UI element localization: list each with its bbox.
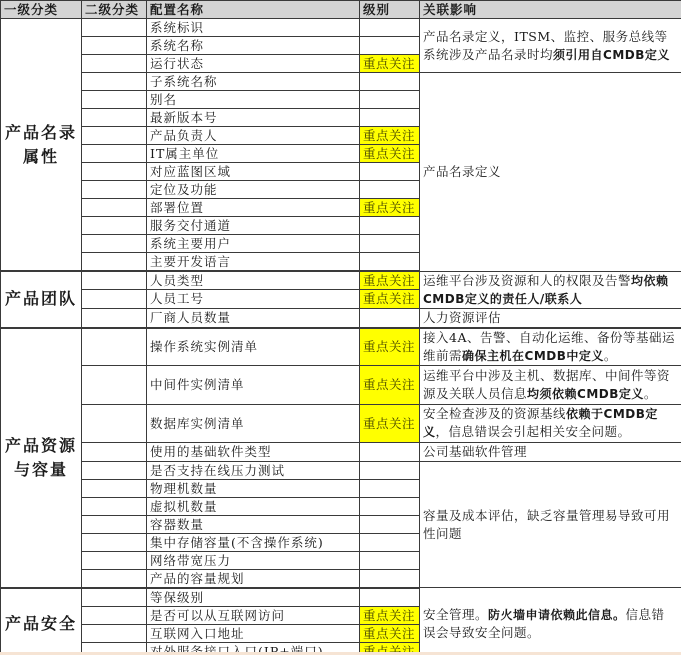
level-badge-key-focus: 重点关注: [360, 624, 420, 642]
level-badge-key-focus: 重点关注: [360, 55, 420, 73]
level-cell: [360, 533, 420, 551]
impact-emphasis-text: 确保主机在CMDB中定义: [462, 349, 604, 363]
impact-tail-text: 。: [644, 386, 657, 401]
header-level1-category: 一级分类: [1, 1, 82, 19]
config-name-cell: 部署位置: [147, 199, 360, 217]
config-name-cell: 别名: [147, 91, 360, 109]
config-name-cell: 网络带宽压力: [147, 551, 360, 569]
table-row: 产品团队人员类型重点关注运维平台涉及资源和人的权限及告警均依赖CMDB定义的责任…: [1, 271, 681, 290]
level-badge-key-focus: 重点关注: [360, 366, 420, 404]
level-cell: [360, 497, 420, 515]
subcategory-cell: [82, 181, 147, 199]
subcategory-cell: [82, 271, 147, 290]
subcategory-cell: [82, 624, 147, 642]
subcategory-cell: [82, 145, 147, 163]
level-cell: [360, 163, 420, 181]
config-name-cell: 人员工号: [147, 290, 360, 308]
table-row: 产品名录属性系统标识产品名录定义，ITSM、监控、服务总线等系统涉及产品名录时均…: [1, 19, 681, 37]
level-cell: [360, 235, 420, 253]
header-row: 一级分类 二级分类 配置名称 级别 关联影响: [1, 1, 681, 19]
config-name-cell: IT属主单位: [147, 145, 360, 163]
subcategory-cell: [82, 290, 147, 308]
subcategory-cell: [82, 404, 147, 442]
level-badge-key-focus: 重点关注: [360, 328, 420, 366]
level-cell: [360, 253, 420, 272]
level-cell: [360, 217, 420, 235]
impact-cell: 运维平台涉及资源和人的权限及告警均依赖CMDB定义的责任人/联系人: [420, 271, 681, 308]
impact-cell: 容量及成本评估，缺乏容量管理易导致可用性问题: [420, 461, 681, 588]
subcategory-cell: [82, 551, 147, 569]
impact-emphasis-text: 须引用自CMDB定义: [553, 48, 670, 62]
impact-tail-text: 。: [604, 348, 617, 363]
level-cell: [360, 308, 420, 328]
table-row: 中间件实例清单重点关注运维平台中涉及主机、数据库、中间件等资源及关联人员信息均须…: [1, 366, 681, 404]
config-name-cell: 运行状态: [147, 55, 360, 73]
subcategory-cell: [82, 19, 147, 37]
config-name-cell: 是否支持在线压力测试: [147, 461, 360, 479]
level-cell: [360, 569, 420, 588]
impact-cell: 安全检查涉及的资源基线依赖于CMDB定义，信息错误会引起相关安全问题。: [420, 404, 681, 442]
config-name-cell: 容器数量: [147, 515, 360, 533]
impact-cell: 人力资源评估: [420, 308, 681, 328]
table-row: 数据库实例清单重点关注安全检查涉及的资源基线依赖于CMDB定义，信息错误会引起相…: [1, 404, 681, 442]
config-name-cell: 系统名称: [147, 37, 360, 55]
level-badge-key-focus: 重点关注: [360, 271, 420, 290]
level-cell: [360, 461, 420, 479]
level-cell: [360, 91, 420, 109]
subcategory-cell: [82, 569, 147, 588]
subcategory-cell: [82, 73, 147, 91]
impact-text: 安全检查涉及的资源基线: [423, 406, 566, 421]
config-name-cell: 产品负责人: [147, 127, 360, 145]
impact-cell: 产品名录定义，ITSM、监控、服务总线等系统涉及产品名录时均须引用自CMDB定义: [420, 19, 681, 73]
impact-text: 运维平台涉及资源和人的权限及告警: [423, 273, 631, 288]
level-cell: [360, 588, 420, 607]
config-name-cell: 定位及功能: [147, 181, 360, 199]
level-cell: [360, 479, 420, 497]
table-row: 是否支持在线压力测试容量及成本评估，缺乏容量管理易导致可用性问题: [1, 461, 681, 479]
config-name-cell: 数据库实例清单: [147, 404, 360, 442]
category-cell: 产品安全: [1, 588, 82, 655]
config-name-cell: 集中存储容量(不含操作系统): [147, 533, 360, 551]
level-cell: [360, 181, 420, 199]
impact-cell: 安全管理。防火墙申请依赖此信息。信息错误会导致安全问题。: [420, 588, 681, 655]
config-name-cell: 厂商人员数量: [147, 308, 360, 328]
subcategory-cell: [82, 163, 147, 181]
subcategory-cell: [82, 442, 147, 461]
header-level2-category: 二级分类: [82, 1, 147, 19]
config-name-cell: 最新版本号: [147, 109, 360, 127]
subcategory-cell: [82, 533, 147, 551]
impact-tail-text: ，信息错误会引起相关安全问题。: [436, 424, 631, 439]
cmdb-config-table: 一级分类 二级分类 配置名称 级别 关联影响 产品名录属性系统标识产品名录定义，…: [0, 0, 681, 655]
impact-text: 容量及成本评估，缺乏容量管理易导致可用性问题: [423, 508, 670, 541]
level-badge-key-focus: 重点关注: [360, 404, 420, 442]
impact-emphasis-text: 均须依赖CMDB定义: [527, 387, 644, 401]
subcategory-cell: [82, 461, 147, 479]
level-badge-key-focus: 重点关注: [360, 145, 420, 163]
subcategory-cell: [82, 497, 147, 515]
config-name-cell: 主要开发语言: [147, 253, 360, 272]
subcategory-cell: [82, 308, 147, 328]
subcategory-cell: [82, 37, 147, 55]
subcategory-cell: [82, 479, 147, 497]
category-cell: 产品名录属性: [1, 19, 82, 272]
impact-cell: 接入4A、告警、自动化运维、备份等基础运维前需确保主机在CMDB中定义。: [420, 328, 681, 366]
level-badge-key-focus: 重点关注: [360, 606, 420, 624]
subcategory-cell: [82, 127, 147, 145]
category-cell: 产品资源与容量: [1, 328, 82, 588]
config-name-cell: 服务交付通道: [147, 217, 360, 235]
config-name-cell: 使用的基础软件类型: [147, 442, 360, 461]
config-name-cell: 产品的容量规划: [147, 569, 360, 588]
config-name-cell: 互联网入口地址: [147, 624, 360, 642]
subcategory-cell: [82, 91, 147, 109]
subcategory-cell: [82, 235, 147, 253]
level-cell: [360, 19, 420, 37]
table-body: 产品名录属性系统标识产品名录定义，ITSM、监控、服务总线等系统涉及产品名录时均…: [1, 19, 681, 655]
header-impact: 关联影响: [420, 1, 681, 19]
impact-cell: 公司基础软件管理: [420, 442, 681, 461]
level-cell: [360, 37, 420, 55]
table-row: 产品安全等保级别安全管理。防火墙申请依赖此信息。信息错误会导致安全问题。: [1, 588, 681, 607]
category-cell: 产品团队: [1, 271, 82, 328]
config-name-cell: 中间件实例清单: [147, 366, 360, 404]
subcategory-cell: [82, 217, 147, 235]
level-cell: [360, 442, 420, 461]
config-name-cell: 操作系统实例清单: [147, 328, 360, 366]
impact-text: 安全管理。: [423, 607, 488, 622]
subcategory-cell: [82, 109, 147, 127]
config-name-cell: 是否可以从互联网访问: [147, 606, 360, 624]
config-name-cell: 虚拟机数量: [147, 497, 360, 515]
config-name-cell: 物理机数量: [147, 479, 360, 497]
impact-text: 公司基础软件管理: [423, 444, 527, 459]
header-level: 级别: [360, 1, 420, 19]
table-row: 子系统名称产品名录定义: [1, 73, 681, 91]
config-name-cell: 人员类型: [147, 271, 360, 290]
impact-emphasis-text: 防火墙申请依赖此信息。: [488, 608, 626, 622]
config-name-cell: 系统主要用户: [147, 235, 360, 253]
config-name-cell: 等保级别: [147, 588, 360, 607]
config-name-cell: 系统标识: [147, 19, 360, 37]
level-cell: [360, 73, 420, 91]
subcategory-cell: [82, 606, 147, 624]
table-row: 厂商人员数量人力资源评估: [1, 308, 681, 328]
config-name-cell: 子系统名称: [147, 73, 360, 91]
level-cell: [360, 109, 420, 127]
subcategory-cell: [82, 253, 147, 272]
subcategory-cell: [82, 366, 147, 404]
subcategory-cell: [82, 328, 147, 366]
impact-text: 人力资源评估: [423, 310, 501, 325]
header-config-name: 配置名称: [147, 1, 360, 19]
config-name-cell: 对应蓝图区域: [147, 163, 360, 181]
level-cell: [360, 551, 420, 569]
level-badge-key-focus: 重点关注: [360, 290, 420, 308]
impact-text: 产品名录定义: [423, 164, 501, 179]
level-badge-key-focus: 重点关注: [360, 127, 420, 145]
subcategory-cell: [82, 199, 147, 217]
subcategory-cell: [82, 588, 147, 607]
table-row: 产品资源与容量操作系统实例清单重点关注接入4A、告警、自动化运维、备份等基础运维…: [1, 328, 681, 366]
impact-cell: 运维平台中涉及主机、数据库、中间件等资源及关联人员信息均须依赖CMDB定义。: [420, 366, 681, 404]
level-cell: [360, 515, 420, 533]
impact-cell: 产品名录定义: [420, 73, 681, 272]
subcategory-cell: [82, 55, 147, 73]
table-row: 使用的基础软件类型公司基础软件管理: [1, 442, 681, 461]
subcategory-cell: [82, 515, 147, 533]
level-badge-key-focus: 重点关注: [360, 199, 420, 217]
